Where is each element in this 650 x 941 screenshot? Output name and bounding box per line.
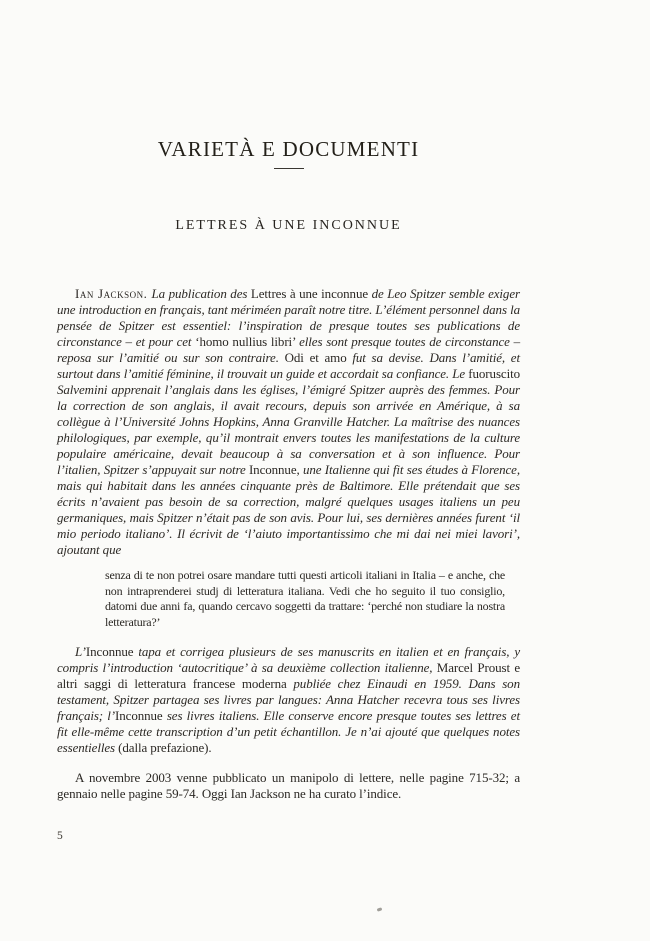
- scanned-book-page: VARIETÀ E DOCUMENTI LETTRES À UNE INCONN…: [0, 0, 650, 941]
- page-number: 5: [57, 830, 63, 842]
- section-heading: LETTRES À UNE INCONNUE: [57, 217, 520, 234]
- block-quote: senza di te non potrei osare mandare tut…: [105, 568, 505, 630]
- text-run: Ian Jackson.: [75, 286, 152, 301]
- text-run: ‘homo nullius libri’: [195, 334, 299, 349]
- text-run: fuoruscito: [468, 366, 520, 381]
- title-rule: [274, 168, 304, 169]
- text-run: Inconnue: [86, 644, 138, 659]
- text-run: L’: [75, 644, 86, 659]
- text-run: Inconnue: [115, 708, 167, 723]
- text-run: Lettres à une inconnue: [251, 286, 372, 301]
- intro-paragraph: Ian Jackson. La publication des Lettres …: [57, 286, 520, 558]
- text-run: (dalla prefazione).: [118, 740, 211, 755]
- text-run: Odi et amo: [285, 350, 353, 365]
- second-paragraph: L’Inconnue tapa et corrigea plusieurs de…: [57, 644, 520, 756]
- text-run: Inconnue: [249, 462, 297, 477]
- content-column: VARIETÀ E DOCUMENTI LETTRES À UNE INCONN…: [57, 0, 520, 802]
- page-title: VARIETÀ E DOCUMENTI: [57, 138, 520, 160]
- final-paragraph: A novembre 2003 venne pubblicato un mani…: [57, 770, 520, 802]
- text-run: La publication des: [152, 286, 251, 301]
- scan-speck: [377, 907, 383, 912]
